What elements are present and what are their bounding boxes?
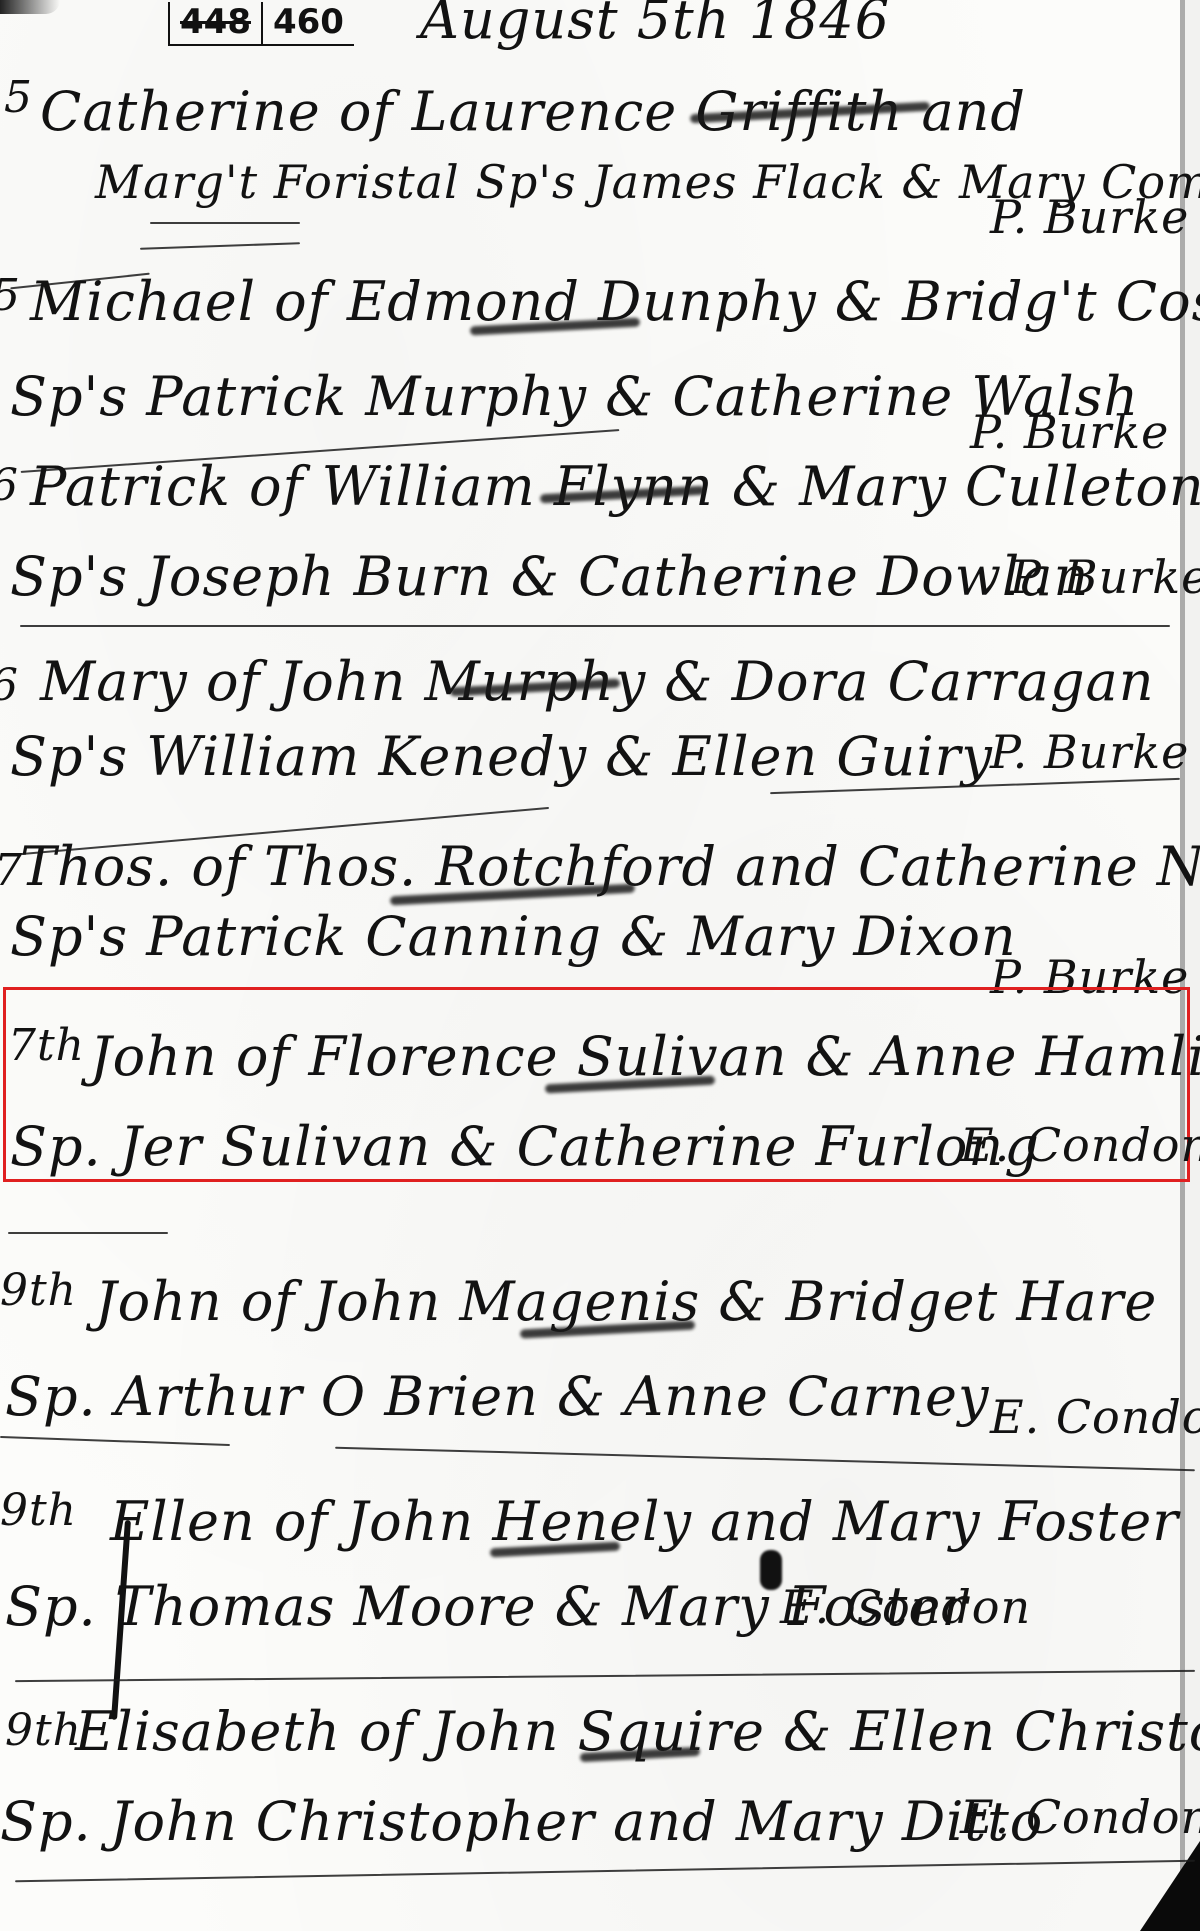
entry-priest: E. Condon bbox=[990, 1390, 1200, 1444]
entry-priest: E. Condon bbox=[960, 1118, 1200, 1172]
register-page: 448 460 August 5th 1846 5 Catherine of L… bbox=[0, 0, 1200, 1931]
entry-divider bbox=[335, 1447, 1195, 1472]
entry-line-2: Sp. Jer Sulivan & Catherine Furlong bbox=[10, 1115, 1040, 1178]
entry-line-2: Sp's William Kenedy & Ellen Guiry bbox=[10, 725, 993, 788]
page-number-struck: 448 bbox=[168, 2, 261, 44]
entry-line-2: Sp. John Christopher and Mary Ditto bbox=[0, 1790, 1043, 1853]
entry-day: 6 bbox=[0, 460, 19, 511]
entry-divider bbox=[150, 222, 300, 224]
entry-priest: P. Burke bbox=[990, 725, 1189, 779]
entry-divider bbox=[0, 1436, 230, 1446]
page-number-box: 448 460 bbox=[168, 2, 354, 46]
entry-day: 6 bbox=[0, 660, 19, 711]
scan-shadow bbox=[0, 0, 60, 14]
entry-day: 9th bbox=[0, 1265, 77, 1316]
scan-corner-shadow bbox=[1140, 1841, 1200, 1931]
entry-day: 9th bbox=[5, 1705, 82, 1756]
entry-line-1: Patrick of William Flynn & Mary Culleton bbox=[30, 455, 1200, 518]
entry-divider bbox=[20, 625, 1170, 627]
entry-priest: P. Burke bbox=[1010, 550, 1200, 604]
entry-day: 5 bbox=[4, 72, 33, 123]
entry-priest: E. Condon bbox=[780, 1580, 1031, 1634]
entry-line-1: Ellen of John Henely and Mary Foster bbox=[110, 1490, 1179, 1553]
entry-line-2: Sp. Arthur O Brien & Anne Carney bbox=[5, 1365, 990, 1428]
entry-line-2: Sp's Patrick Canning & Mary Dixon bbox=[10, 905, 1017, 968]
entry-line-2: Sp's Joseph Burn & Catherine Dowlan bbox=[10, 545, 1089, 608]
entry-priest: E. Condon bbox=[960, 1790, 1200, 1844]
entry-priest: P. Burke bbox=[970, 405, 1169, 459]
entry-day: 9th bbox=[0, 1485, 77, 1536]
entry-day: 7th bbox=[8, 1020, 85, 1071]
entry-day: 5 bbox=[0, 270, 21, 321]
entry-divider bbox=[8, 1232, 168, 1234]
entry-divider bbox=[140, 242, 300, 250]
entry-divider bbox=[15, 1670, 1195, 1682]
page-number: 460 bbox=[261, 2, 354, 44]
entry-divider bbox=[15, 1860, 1195, 1883]
entry-priest: P. Burke bbox=[990, 190, 1189, 244]
date-heading: August 5th 1846 bbox=[420, 0, 890, 51]
ink-blot bbox=[760, 1550, 782, 1590]
